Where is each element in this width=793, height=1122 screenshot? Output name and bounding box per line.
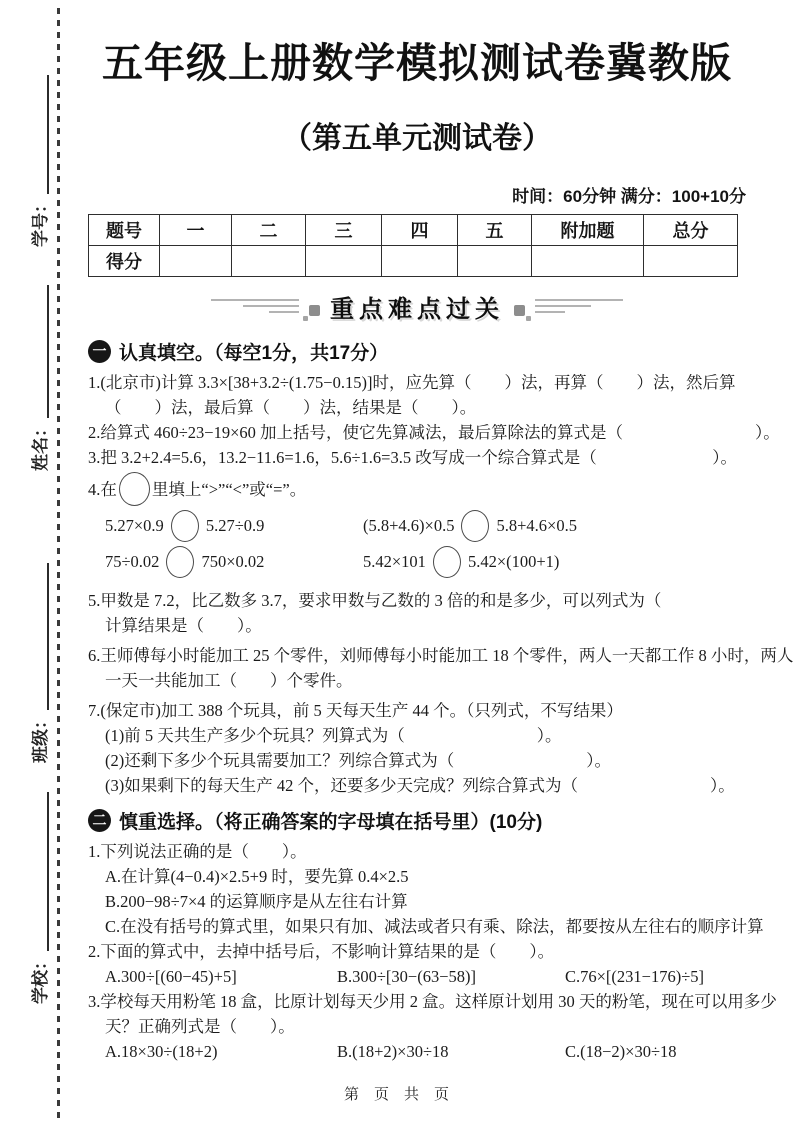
paper-content: 五年级上册数学模拟测试卷冀教版 （第五单元测试卷） 时间：60分钟 满分：100…: [88, 0, 746, 1064]
compare-right: 5.8+4.6×0.5: [496, 516, 577, 536]
s2-q3-line2: 天？正确列式是（ ）。: [88, 1014, 746, 1039]
score-table-header-row: 题号 一 二 三 四 五 附加题 总分: [89, 215, 738, 246]
compare-left: (5.8+4.6)×0.5: [363, 516, 454, 536]
score-col-header: 一: [160, 215, 232, 246]
s2-q1-option-b: B.200−98÷7×4 的运算顺序是从左往右计算: [88, 889, 746, 914]
s2-q3-option-b: B.(18+2)×30÷18: [337, 1039, 565, 1064]
s1-q3: 3.把 3.2+2.4=5.6，13.2−11.6=1.6，5.6÷1.6=3.…: [88, 445, 746, 470]
section-two-badge-icon: 二: [88, 809, 111, 832]
comparison-pair: 75÷0.02 750×0.02: [105, 546, 363, 578]
s2-q3-options: A.18×30÷(18+2) B.(18+2)×30÷18 C.(18−2)×3…: [88, 1039, 746, 1064]
s1-q5-line1: 5.甲数是 7.2，比乙数多 3.7，要求甲数与乙数的 3 倍的和是多少，可以列…: [88, 588, 746, 613]
s1-q4-row2: 75÷0.02 750×0.02 5.42×101 5.42×(100+1): [88, 544, 746, 580]
key-points-banner: 重点难点过关: [88, 290, 746, 322]
score-row-label: 得分: [89, 246, 160, 277]
student-school-label: 学校：: [26, 953, 51, 1004]
student-class-label: 班级：: [26, 712, 51, 763]
comparison-pair: 5.27×0.9 5.27÷0.9: [105, 510, 363, 542]
student-school-field: 学校：: [20, 792, 56, 1004]
s1-q5-line2: 计算结果是（ ）。: [88, 613, 746, 638]
s2-q2-option-c: C.76×[(231−176)÷5]: [565, 964, 704, 989]
section-two-title: 慎重选择。（将正确答案的字母填在括号里）(10分): [119, 807, 542, 834]
student-name-label: 姓名：: [26, 420, 51, 471]
comparison-pair: (5.8+4.6)×0.5 5.8+4.6×0.5: [363, 510, 577, 542]
paper-title: 五年级上册数学模拟测试卷冀教版: [88, 30, 746, 89]
section-two-header: 二 慎重选择。（将正确答案的字母填在括号里）(10分): [88, 806, 746, 834]
s1-q7-sub3: (3)如果剩下的每天生产 42 个，还要多少天完成？列综合算式为（ ）。: [88, 773, 746, 798]
compare-right: 5.27÷0.9: [206, 516, 265, 536]
score-col-header: 附加题: [532, 215, 644, 246]
s2-q1: 1.下列说法正确的是（ ）。: [88, 839, 746, 864]
s2-q2: 2.下面的算式中，去掉中括号后，不影响计算结果的是（ ）。: [88, 939, 746, 964]
score-table: 题号 一 二 三 四 五 附加题 总分 得分: [88, 214, 738, 277]
score-cell[interactable]: [644, 246, 738, 277]
compare-right: 5.42×(100+1): [468, 552, 559, 572]
paper-subtitle: （第五单元测试卷）: [88, 113, 746, 157]
s1-q4-suffix: 里填上“>”“<”或“=”。: [152, 477, 306, 502]
banner-lines-right-icon: [535, 299, 623, 313]
s2-q3-line1: 3.学校每天用粉笔 18 盒，比原计划每天少用 2 盒。这样原计划用 30 天的…: [88, 989, 746, 1014]
score-cell[interactable]: [160, 246, 232, 277]
score-cell[interactable]: [306, 246, 382, 277]
score-col-header: 二: [232, 215, 306, 246]
fill-circle-icon[interactable]: [171, 510, 199, 542]
banner-quote-left-icon: [309, 305, 320, 316]
score-cell[interactable]: [232, 246, 306, 277]
student-id-label: 学号：: [26, 196, 51, 247]
s2-q3-option-a: A.18×30÷(18+2): [105, 1039, 337, 1064]
page-footer: 第 页 共 页: [0, 1083, 793, 1104]
s1-q2: 2.给算式 460÷23−19×60 加上括号，使它先算减法，最后算除法的算式是…: [88, 420, 746, 445]
score-table-score-row: 得分: [89, 246, 738, 277]
score-col-header: 三: [306, 215, 382, 246]
comparison-pair: 5.42×101 5.42×(100+1): [363, 546, 559, 578]
s1-q1-line2: （ ）法，最后算（ ）法，结果是（ ）。: [88, 395, 746, 420]
fill-circle-icon[interactable]: [461, 510, 489, 542]
s1-q4-intro: 4.在 里填上“>”“<”或“=”。: [88, 470, 746, 508]
score-col-header: 五: [458, 215, 532, 246]
s2-q2-option-b: B.300÷[30−(63−58)]: [337, 964, 565, 989]
student-id-field: 学号：: [20, 75, 56, 247]
fill-circle-icon[interactable]: [433, 546, 461, 578]
score-col-header: 四: [382, 215, 458, 246]
s2-q1-option-a: A.在计算(4−0.4)×2.5+9 时，要先算 0.4×2.5: [88, 864, 746, 889]
s1-q6-line1: 6.王师傅每小时能加工 25 个零件，刘师傅每小时能加工 18 个零件，两人一天…: [88, 643, 746, 668]
s1-q7-sub1: (1)前 5 天共生产多少个玩具？列算式为（ ）。: [88, 723, 746, 748]
compare-right: 750×0.02: [201, 552, 264, 572]
compare-left: 5.42×101: [363, 552, 426, 572]
s2-q3-option-c: C.(18−2)×30÷18: [565, 1039, 677, 1064]
banner-lines-left-icon: [211, 299, 299, 313]
student-school-write-line[interactable]: [27, 792, 49, 951]
time-score-info: 时间：60分钟 满分：100+10分: [88, 182, 746, 207]
score-cell[interactable]: [532, 246, 644, 277]
student-class-write-line[interactable]: [27, 563, 49, 710]
test-paper-page: 学号： 姓名： 班级： 学校： 五年级上册数学模拟测试卷冀教版 （第五单元测试卷…: [0, 0, 793, 1122]
fill-circle-icon[interactable]: [166, 546, 194, 578]
score-cell[interactable]: [382, 246, 458, 277]
banner-quote-right-icon: [514, 305, 525, 316]
student-id-write-line[interactable]: [27, 75, 49, 194]
s1-q4-prefix: 4.在: [88, 477, 117, 502]
section-one-title: 认真填空。（每空1分，共17分）: [119, 338, 388, 365]
s1-q7-line1: 7.(保定市)加工 388 个玩具，前 5 天每天生产 44 个。（只列式，不写…: [88, 698, 746, 723]
compare-left: 5.27×0.9: [105, 516, 164, 536]
dashed-fold-line: [57, 8, 60, 1118]
s1-q7-sub2: (2)还剩下多少个玩具需要加工？列综合算式为（ ）。: [88, 748, 746, 773]
section-one-badge-icon: 一: [88, 340, 111, 363]
banner-title: 重点难点过关: [330, 289, 504, 324]
compare-left: 75÷0.02: [105, 552, 159, 572]
student-class-field: 班级：: [20, 563, 56, 763]
s1-q6-line2: 一天一共能加工（ ）个零件。: [88, 668, 746, 693]
section-one-header: 一 认真填空。（每空1分，共17分）: [88, 337, 746, 365]
score-col-header: 总分: [644, 215, 738, 246]
student-name-field: 姓名：: [20, 285, 56, 471]
score-col-header: 题号: [89, 215, 160, 246]
student-name-write-line[interactable]: [27, 285, 49, 418]
s1-q4-row1: 5.27×0.9 5.27÷0.9 (5.8+4.6)×0.5 5.8+4.6×…: [88, 508, 746, 544]
fill-circle-icon[interactable]: [119, 472, 150, 506]
s1-q1-line1: 1.(北京市)计算 3.3×[38+3.2÷(1.75−0.15)]时，应先算（…: [88, 370, 746, 395]
s2-q1-option-c: C.在没有括号的算式里，如果只有加、减法或者只有乘、除法，都要按从左往右的顺序计…: [88, 914, 746, 939]
s2-q2-options: A.300÷[(60−45)+5] B.300÷[30−(63−58)] C.7…: [88, 964, 746, 989]
s2-q2-option-a: A.300÷[(60−45)+5]: [105, 964, 337, 989]
score-cell[interactable]: [458, 246, 532, 277]
